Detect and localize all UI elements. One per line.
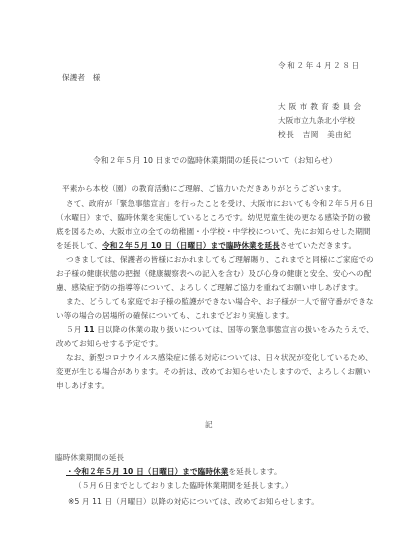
paragraph-line: 底を図るため、大阪市立の全ての幼稚園・小学校・中学校について、先にお知らせした期…: [56, 227, 371, 236]
paragraph-line: ５月 11 日以降の休業の取り扱いについては、国等の緊急事態宣言の扱いをみたうえ…: [66, 325, 374, 334]
paragraph-line: を延長して、令和２年５月 10 日（日曜日）まで臨時休業を延長させていただきます…: [56, 241, 356, 250]
paragraph-line: 申しあげます。: [56, 381, 109, 390]
paragraph-line: つきましては、保護者の皆様におかれましてもご理解賜り、これまでと同様にご家庭での: [66, 255, 374, 264]
document-date: 令和２年４月２８日: [278, 61, 361, 70]
paragraph-line: また、どうしても家庭でお子様の監護ができない場合や、お子様が一人で留守番ができな: [66, 297, 374, 306]
emphasis-date: 11: [84, 325, 95, 334]
sender-school: 大阪市立九条北小学校: [278, 116, 355, 125]
paragraph-line: い等の場合の居場所の確保についても、これまでどおり実施します。: [56, 311, 294, 320]
paragraph-line: 変更が生じる場合があります。その折は、改めてお知らせいたしますので、よろしくお願…: [56, 367, 370, 376]
document-title: 令和２年５月 10 日までの臨時休業期間の延長について（お知らせ）: [93, 156, 337, 165]
emphasis-extension-date: 令和２年５月 10 日（日曜日）まで臨時休業を延長: [102, 241, 280, 250]
paragraph-greeting: 平素から本校（園）の教育活動にご理解、ご協力いただきありがとうございます。: [62, 184, 346, 193]
text-plain: ５月: [66, 325, 84, 334]
note-heading: 記: [205, 420, 213, 429]
paragraph-line: なお、新型コロナウイルス感染症に係る対応については、日々状況が変化しているため、: [66, 353, 373, 362]
sender-org: 大阪市教育委員会: [278, 102, 364, 111]
paragraph-line: （水曜日）まで、臨時休業を実施しているところです。幼児児童生徒の更なる感染予防の…: [56, 213, 371, 222]
paragraph-line: お子様の健康状態の把握（健康観察表への記入を含む）及び心身の健康と安全、安心への…: [56, 269, 371, 278]
paragraph-line: 改めてお知らせする予定です。: [56, 339, 163, 348]
text-plain: を延長します。: [228, 467, 281, 476]
section-sub: （５月６日までとしておりました臨時休業期間を延長します。）: [74, 481, 293, 490]
text-plain: 日以降の休業の取り扱いについては、国等の緊急事態宣言の扱いをみたうえで、: [95, 325, 374, 334]
paragraph-line: さて、政府が「緊急事態宣言」を行ったことを受け、大阪市においても令和２年５月６日: [66, 199, 373, 208]
addressee: 保護者 様: [62, 73, 100, 82]
section-bullet: ・令和２年５月 10 日（日曜日）まで臨時休業を延長します。: [66, 467, 282, 476]
section-note: ※5 月 11 日（月曜日）以降の対応については、改めてお知らせします。: [68, 497, 319, 506]
text-plain: を延長して、: [56, 241, 102, 250]
paragraph-line: 慮、感染症予防の指導等について、よろしくご理解ご協力を重ねてお願い申しあげます。: [56, 283, 363, 292]
sender-principal: 校長 吉岡 美由紀: [278, 130, 352, 139]
emphasis-extension-date: ・令和２年５月 10 日（日曜日）まで臨時休業: [66, 467, 228, 476]
text-plain: させていただきます。: [280, 241, 356, 250]
section-heading: 臨時休業期間の延長: [55, 453, 124, 462]
